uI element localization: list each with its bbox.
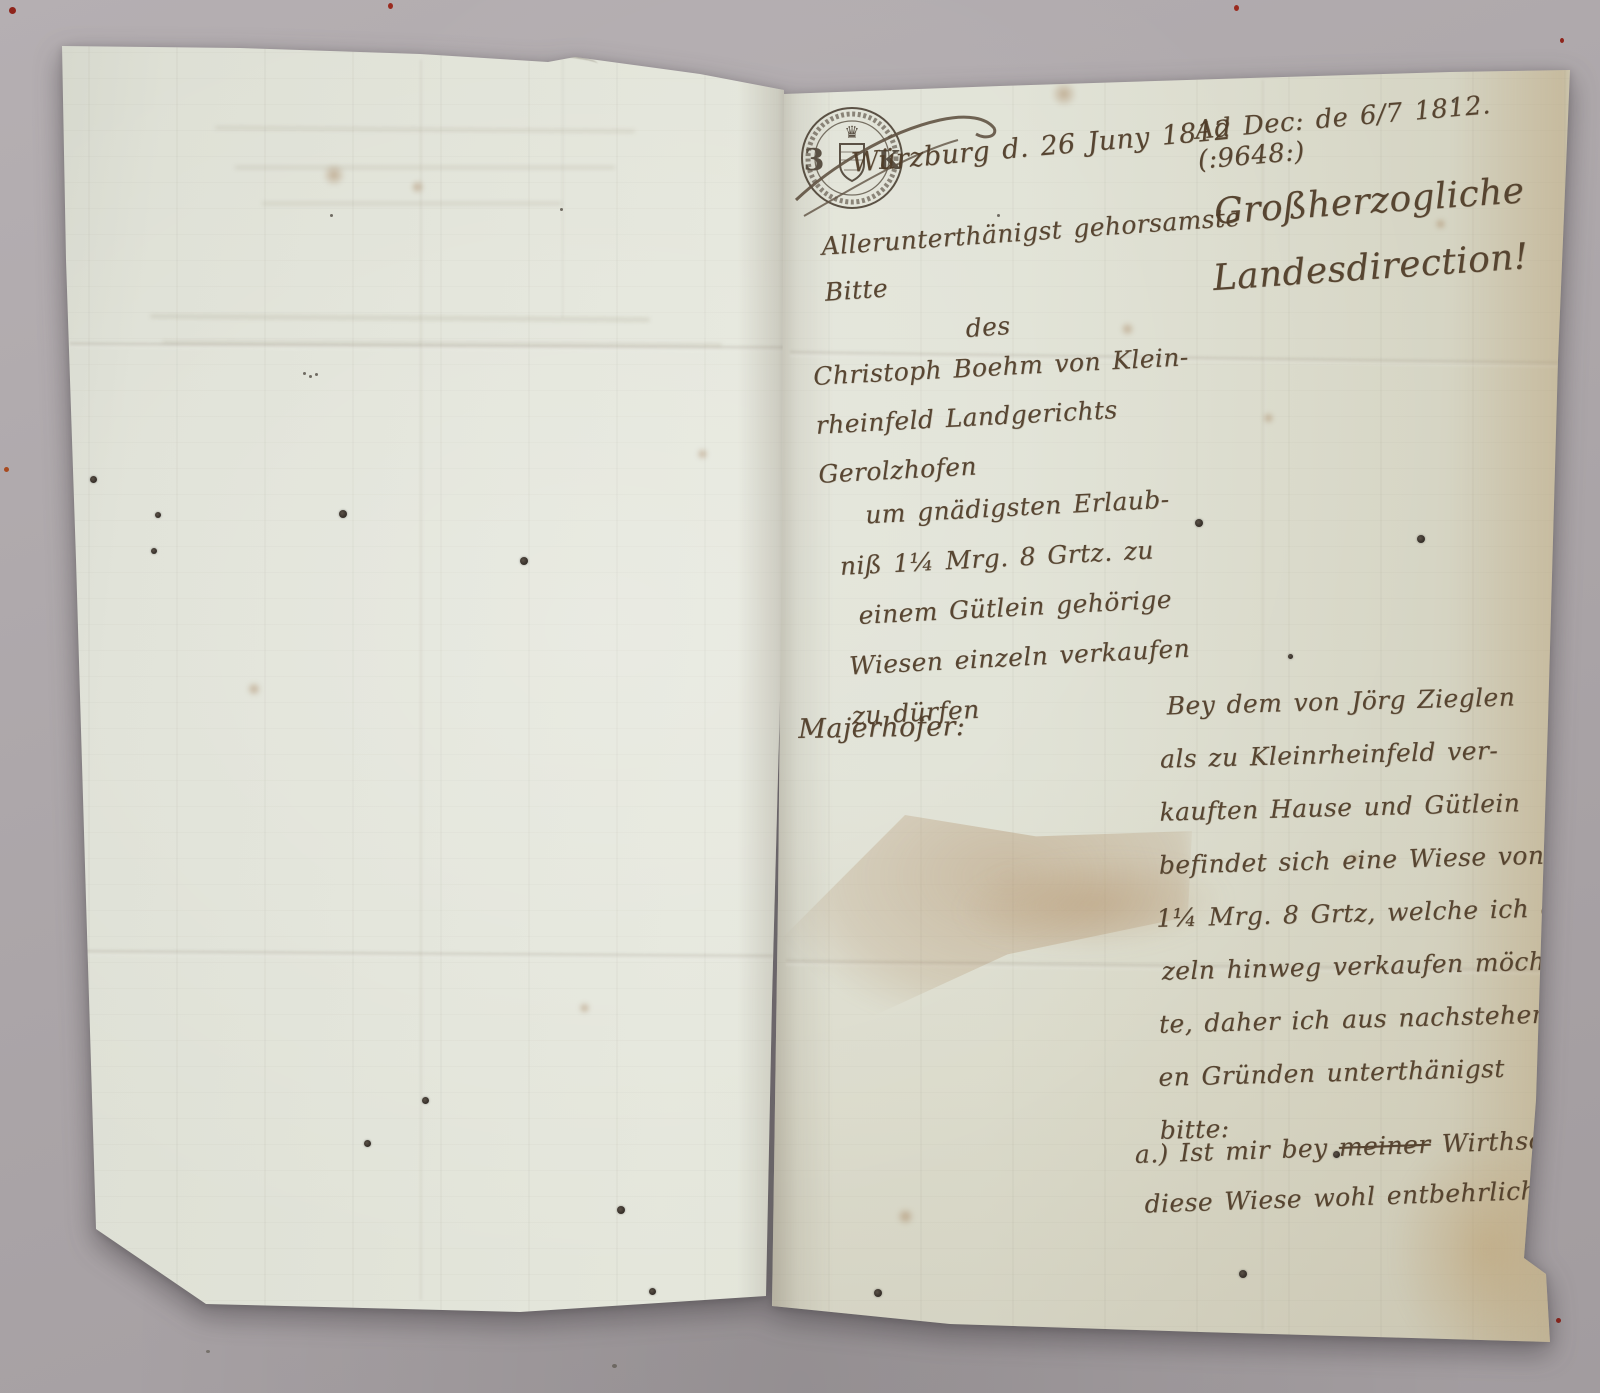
fold-crease bbox=[420, 60, 424, 1300]
bleed-through-line bbox=[235, 166, 615, 169]
wormhole bbox=[151, 548, 157, 554]
point-a-struck-word: meiner bbox=[1338, 1130, 1431, 1162]
foxing-spot bbox=[578, 1002, 591, 1014]
letter-body-block: Bey dem von Jörg Zieglen als zu Kleinrhe… bbox=[1148, 669, 1596, 1157]
wormhole bbox=[1239, 1270, 1247, 1278]
top-edge-dent bbox=[512, 50, 599, 69]
clerk-signature: Majerhofer: bbox=[798, 711, 966, 745]
wormhole bbox=[617, 1206, 625, 1214]
wormhole bbox=[520, 557, 528, 565]
foxing-spot bbox=[410, 180, 425, 194]
foxing-spot bbox=[246, 682, 262, 696]
point-a-suffix: Wirthschaft bbox=[1430, 1124, 1595, 1159]
bleed-through-line bbox=[215, 126, 635, 133]
wormhole bbox=[1195, 519, 1203, 527]
wormhole bbox=[874, 1289, 882, 1297]
svg-text:3: 3 bbox=[804, 143, 825, 178]
point-a-prefix: a.) Ist mir bey bbox=[1134, 1133, 1339, 1169]
foxing-spot bbox=[322, 164, 346, 186]
ink-speck bbox=[330, 214, 333, 217]
ink-speck bbox=[303, 372, 306, 375]
wormhole bbox=[364, 1140, 371, 1147]
wormhole bbox=[1333, 1151, 1340, 1158]
wormhole bbox=[339, 510, 347, 518]
ink-speck bbox=[309, 375, 312, 378]
ink-speck bbox=[560, 208, 563, 211]
foxing-spot bbox=[1262, 412, 1275, 424]
fold-crease bbox=[562, 58, 565, 318]
wormhole bbox=[90, 476, 97, 483]
wormhole bbox=[649, 1288, 656, 1295]
request-block: um gnädigsten Erlaub- niß 1¼ Mrg. 8 Grtz… bbox=[836, 474, 1194, 742]
ink-speck bbox=[315, 373, 318, 376]
ink-speck bbox=[1452, 100, 1455, 103]
document-sheet: ♛ 3 K Würzburg d. 26 Juny 1812 Allerunte… bbox=[0, 0, 1600, 1393]
foxing-spot bbox=[1050, 82, 1078, 106]
bleed-through-line bbox=[262, 202, 562, 205]
bleed-through-line bbox=[150, 314, 650, 321]
ink-speck bbox=[997, 214, 1000, 217]
foxing-spot bbox=[696, 448, 709, 460]
wormhole bbox=[1288, 654, 1293, 659]
petitioner-block: Christoph Boehm von Klein- rheinfeld Lan… bbox=[812, 332, 1195, 498]
addressee-block: Großherzogliche Landesdirection! bbox=[1212, 158, 1531, 311]
wormhole bbox=[155, 512, 161, 518]
wormhole bbox=[1417, 535, 1425, 543]
point-a-block: a.) Ist mir bey meiner Wirthschaft diese… bbox=[1134, 1114, 1597, 1230]
stamp-crown-icon: ♛ bbox=[844, 123, 859, 143]
foxing-spot bbox=[896, 1208, 915, 1225]
photo-backdrop: ♛ 3 K Würzburg d. 26 Juny 1812 Allerunte… bbox=[0, 0, 1600, 1393]
body-line: te, daher ich aus nachstehend- bbox=[1158, 986, 1592, 1050]
wormhole bbox=[422, 1097, 429, 1104]
